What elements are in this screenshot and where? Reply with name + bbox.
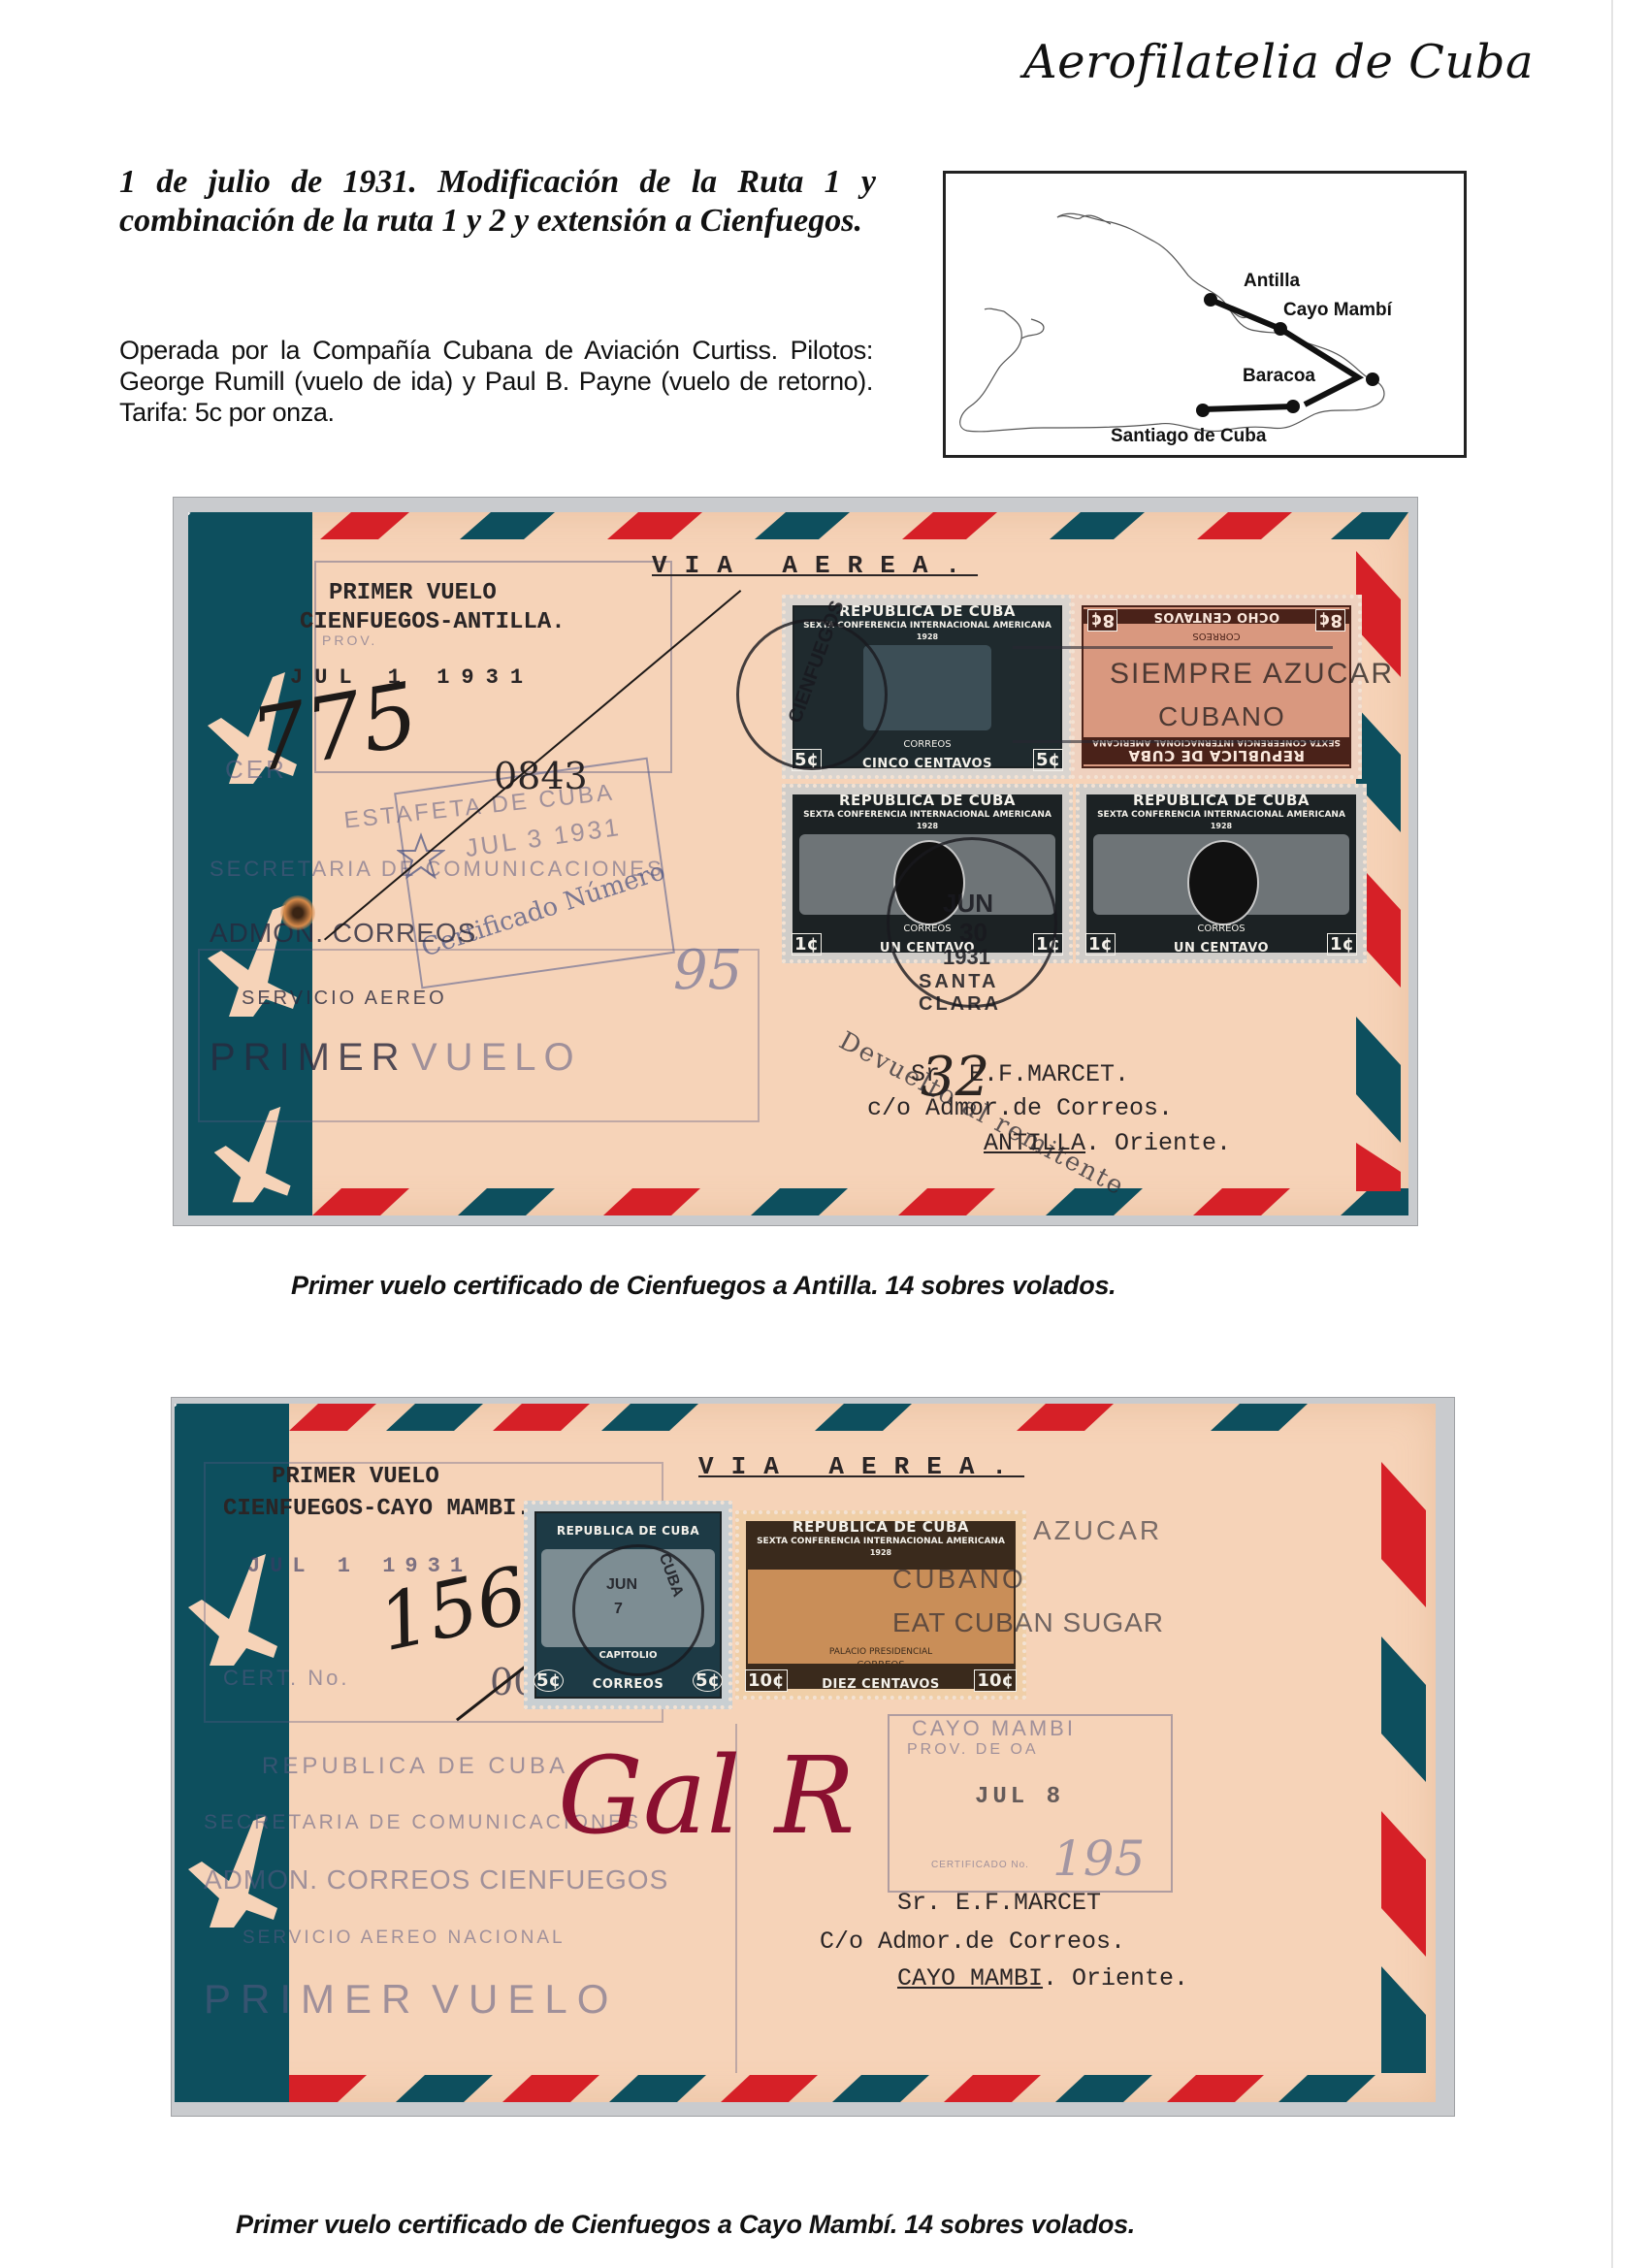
via-aerea-label: VIA AEREA.	[652, 551, 978, 580]
slogan-cancel-line-1: AZUCAR	[1033, 1515, 1162, 1546]
map-label-antilla: Antilla	[1244, 271, 1300, 292]
address-line-3: ANTILLA. Oriente.	[984, 1129, 1231, 1157]
handwritten-number-3: 95	[673, 939, 742, 1002]
address-line-3: CAYO MAMBI. Oriente.	[897, 1964, 1188, 1993]
map-label-baracoa: Baracoa	[1243, 366, 1315, 387]
cachet-line-2: CIENFUEGOS-CAYO MAMBI.	[223, 1496, 531, 1522]
decorative-stripes	[188, 512, 274, 529]
airmail-border-top	[289, 1404, 1436, 1433]
cancel-bar	[1013, 740, 1333, 743]
stop-marker	[1274, 322, 1287, 336]
decorative-stripes	[175, 1404, 260, 1420]
ink-blot	[280, 895, 315, 930]
office-stamp-secretaria: SECRETARIA DE COMUNICACIONES	[210, 857, 664, 882]
stop-marker	[1366, 373, 1379, 386]
section-description: Operada por la Compañía Cubana de Aviaci…	[119, 335, 873, 428]
office-stamp-republica: REPUBLICA DE CUBA	[262, 1753, 568, 1780]
map-label-santiago: Santiago de Cuba	[1111, 426, 1266, 447]
slogan-cancel-line-3: EAT CUBAN SUGAR	[892, 1607, 1164, 1638]
stop-marker	[1204, 293, 1217, 307]
cancel-bar	[1013, 646, 1333, 649]
slogan-cancel-line-2: CUBANO	[892, 1564, 1026, 1595]
page-edge	[1611, 0, 1613, 2268]
office-stamp-admon: ADMON. CORREOS CIENFUEGOS	[204, 1864, 668, 1895]
postmark-cuba: JUN 7 CUBA	[572, 1544, 704, 1676]
red-ink-signature: Gal R	[558, 1733, 855, 1858]
stop-marker	[1196, 404, 1210, 417]
office-stamp-vuelo: VUELO	[432, 1976, 618, 2023]
arrival-stamp-date: JUL 8	[975, 1784, 1064, 1810]
registry-number: 0843	[494, 755, 588, 797]
address-line-1: Sr. E.F.MARCET.	[911, 1060, 1129, 1088]
postage-stamp-10c: REPUBLICA DE CUBA SEXTA CONFERENCIA INTE…	[735, 1510, 1026, 1700]
airmail-border-right	[1377, 1442, 1436, 2073]
address-line-2: C/o Admor.de Correos.	[820, 1928, 1125, 1956]
cert-stamp: CERT. No.	[223, 1666, 350, 1691]
prov-stamp: PROV.	[322, 632, 377, 648]
map-label-cayo-mambi: Cayo Mambí	[1283, 300, 1392, 321]
address-line-1: Sr. E.F.MARCET	[897, 1889, 1101, 1917]
airmail-border-bottom	[312, 1186, 1408, 1215]
route-map: Antilla Cayo Mambí Baracoa Santiago de C…	[943, 171, 1467, 458]
cover-caption-2: Primer vuelo certificado de Cienfuegos a…	[236, 2210, 1135, 2240]
slogan-cancel-line-2: CUBANO	[1158, 701, 1286, 732]
handwritten-number-2: 195	[1052, 1831, 1145, 1887]
address-line-2: c/o Admor.de Correos.	[867, 1094, 1173, 1122]
arrival-stamp-prov: PROV. DE OA	[907, 1741, 1039, 1759]
postage-stamp-1c: REPUBLICA DE CUBA SEXTA CONFERENCIA INTE…	[1076, 784, 1367, 963]
arrival-cert-label: CERTIFICADO No.	[931, 1860, 1029, 1870]
cachet-line-1: PRIMER VUELO	[272, 1464, 439, 1490]
via-aerea-label: VIA AEREA.	[698, 1452, 1024, 1481]
postmark-santa-clara: JUN 30 1931 SANTA CLARA	[887, 837, 1057, 1008]
stop-marker	[1286, 400, 1300, 413]
slogan-cancel-line-1: SIEMPRE AZUCAR	[1110, 658, 1394, 691]
office-stamp-primer: PRIMER	[204, 1976, 420, 2023]
postmark-cienfuegos: CIENFUEGOS	[736, 619, 888, 770]
section-heading: 1 de julio de 1931. Modificación de la R…	[119, 163, 876, 241]
airmail-cover-antilla: PRIMER VUELO CIENFUEGOS-ANTILLA. PROV. J…	[188, 512, 1408, 1215]
portrait	[1187, 840, 1259, 925]
airmail-border-top	[312, 512, 1408, 541]
arrival-stamp-header: CAYO MAMBI	[912, 1716, 1076, 1741]
office-stamp-servicio: SERVICIO AEREO NACIONAL	[243, 1928, 566, 1949]
airmail-cover-cayo-mambi: PRIMER VUELO CIENFUEGOS-CAYO MAMBI. JUL …	[175, 1404, 1436, 2102]
cachet-line-1: PRIMER VUELO	[329, 580, 497, 606]
page-title: Aerofilatelia de Cuba	[1023, 35, 1534, 89]
cover-caption-1: Primer vuelo certificado de Cienfuegos a…	[291, 1271, 1116, 1301]
airmail-border-bottom	[289, 2073, 1436, 2102]
cachet-line-2: CIENFUEGOS-ANTILLA.	[300, 609, 566, 635]
